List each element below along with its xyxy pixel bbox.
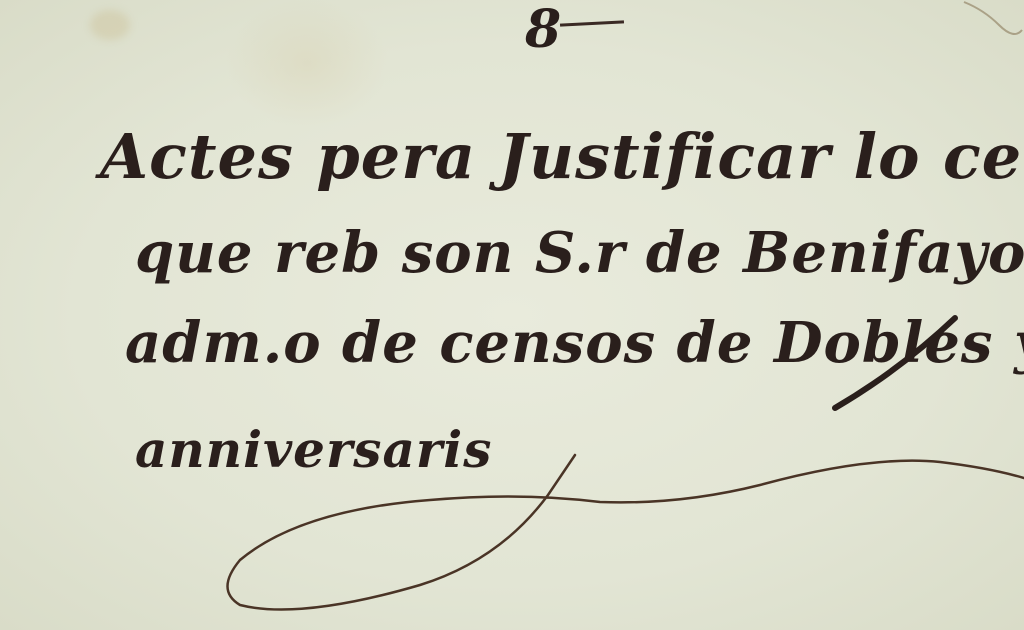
closing-flourish-icon bbox=[0, 0, 1024, 630]
manuscript-page: 8 Actes pera Justificar lo cens que reb … bbox=[0, 0, 1024, 630]
